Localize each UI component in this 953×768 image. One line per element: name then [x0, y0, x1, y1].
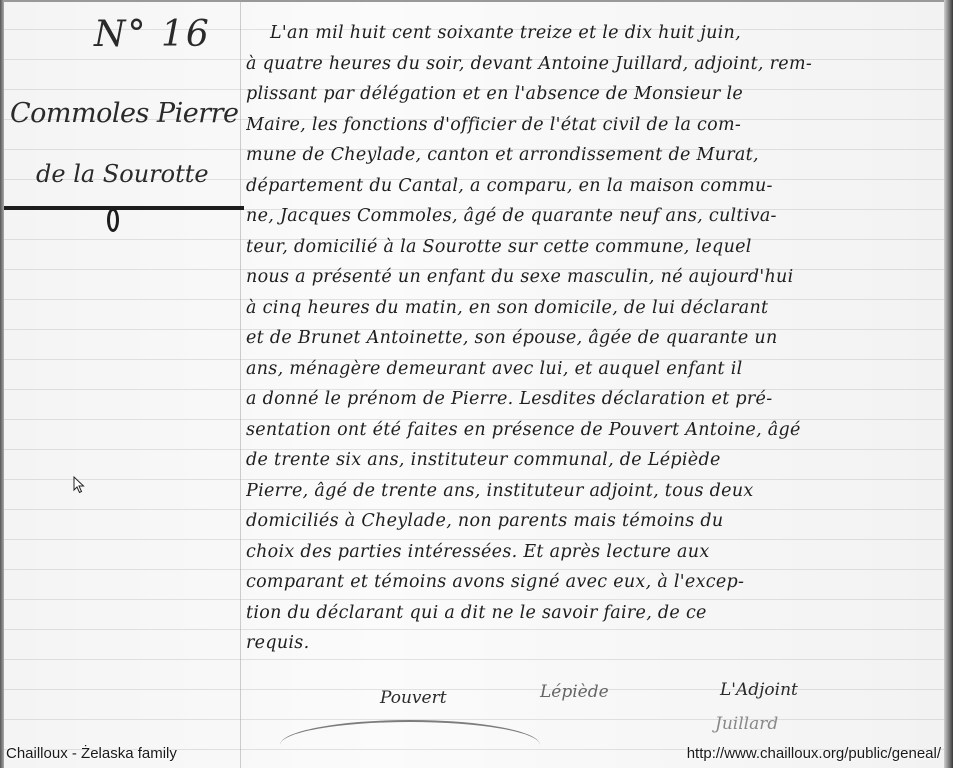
- record-line: nous a présenté un enfant du sexe mascul…: [246, 262, 936, 293]
- page-top-edge: [0, 0, 953, 2]
- record-line: mune de Cheylade, canton et arrondisseme…: [246, 140, 936, 171]
- record-line: ans, ménagère demeurant avec lui, et auq…: [246, 354, 936, 385]
- record-body: L'an mil huit cent soixante treize et le…: [246, 18, 936, 659]
- record-line: domiciliés à Cheylade, non parents mais …: [246, 506, 936, 537]
- record-line: ne, Jacques Commoles, âgé de quarante ne…: [246, 201, 936, 232]
- signature-title-adjoint: L'Adjoint: [720, 680, 798, 700]
- entry-name: Commoles Pierre: [10, 98, 239, 129]
- record-line: a donné le prénom de Pierre. Lesdites dé…: [246, 384, 936, 415]
- signature-adjoint: Juillard: [715, 714, 778, 734]
- record-line: et de Brunet Antoinette, son épouse, âgé…: [246, 323, 936, 354]
- signature-witness-1: Pouvert: [380, 688, 447, 708]
- record-line: département du Cantal, a comparu, en la …: [246, 171, 936, 202]
- page-left-edge: [0, 0, 4, 768]
- record-line: sentation ont été faites en présence de …: [246, 415, 936, 446]
- record-line: à quatre heures du soir, devant Antoine …: [246, 49, 936, 80]
- record-line: Maire, les fonctions d'officier de l'éta…: [246, 110, 936, 141]
- signature-witness-2: Lépiède: [540, 682, 609, 702]
- scanned-register-page: N° 16 Commoles Pierre de la Sourotte L'a…: [0, 0, 953, 768]
- record-line: requis.: [246, 628, 936, 659]
- record-line: de trente six ans, instituteur communal,…: [246, 445, 936, 476]
- record-line: plissant par délégation et en l'absence …: [246, 79, 936, 110]
- signature-flourish: [280, 720, 540, 768]
- record-line: L'an mil huit cent soixante treize et le…: [246, 18, 936, 49]
- record-line: à cinq heures du matin, en son domicile,…: [246, 293, 936, 324]
- record-line: comparant et témoins avons signé avec eu…: [246, 567, 936, 598]
- entry-number: N° 16: [94, 14, 211, 55]
- family-caption: Chailloux - Żelaska family: [6, 745, 177, 762]
- margin-divider: [4, 206, 244, 210]
- divider-flourish-icon: [107, 208, 119, 232]
- record-line: choix des parties intéressées. Et après …: [246, 537, 936, 568]
- record-line: teur, domicilié à la Sourotte sur cette …: [246, 232, 936, 263]
- page-right-edge: [944, 0, 953, 768]
- margin-rule-line: [240, 0, 241, 768]
- record-line: Pierre, âgé de trente ans, instituteur a…: [246, 476, 936, 507]
- record-line: tion du déclarant qui a dit ne le savoir…: [246, 598, 936, 629]
- signature-block: Pouvert Lépiède L'Adjoint Juillard: [370, 680, 930, 720]
- source-url-caption[interactable]: http://www.chailloux.org/public/geneal/: [687, 745, 941, 762]
- entry-place: de la Sourotte: [36, 160, 209, 188]
